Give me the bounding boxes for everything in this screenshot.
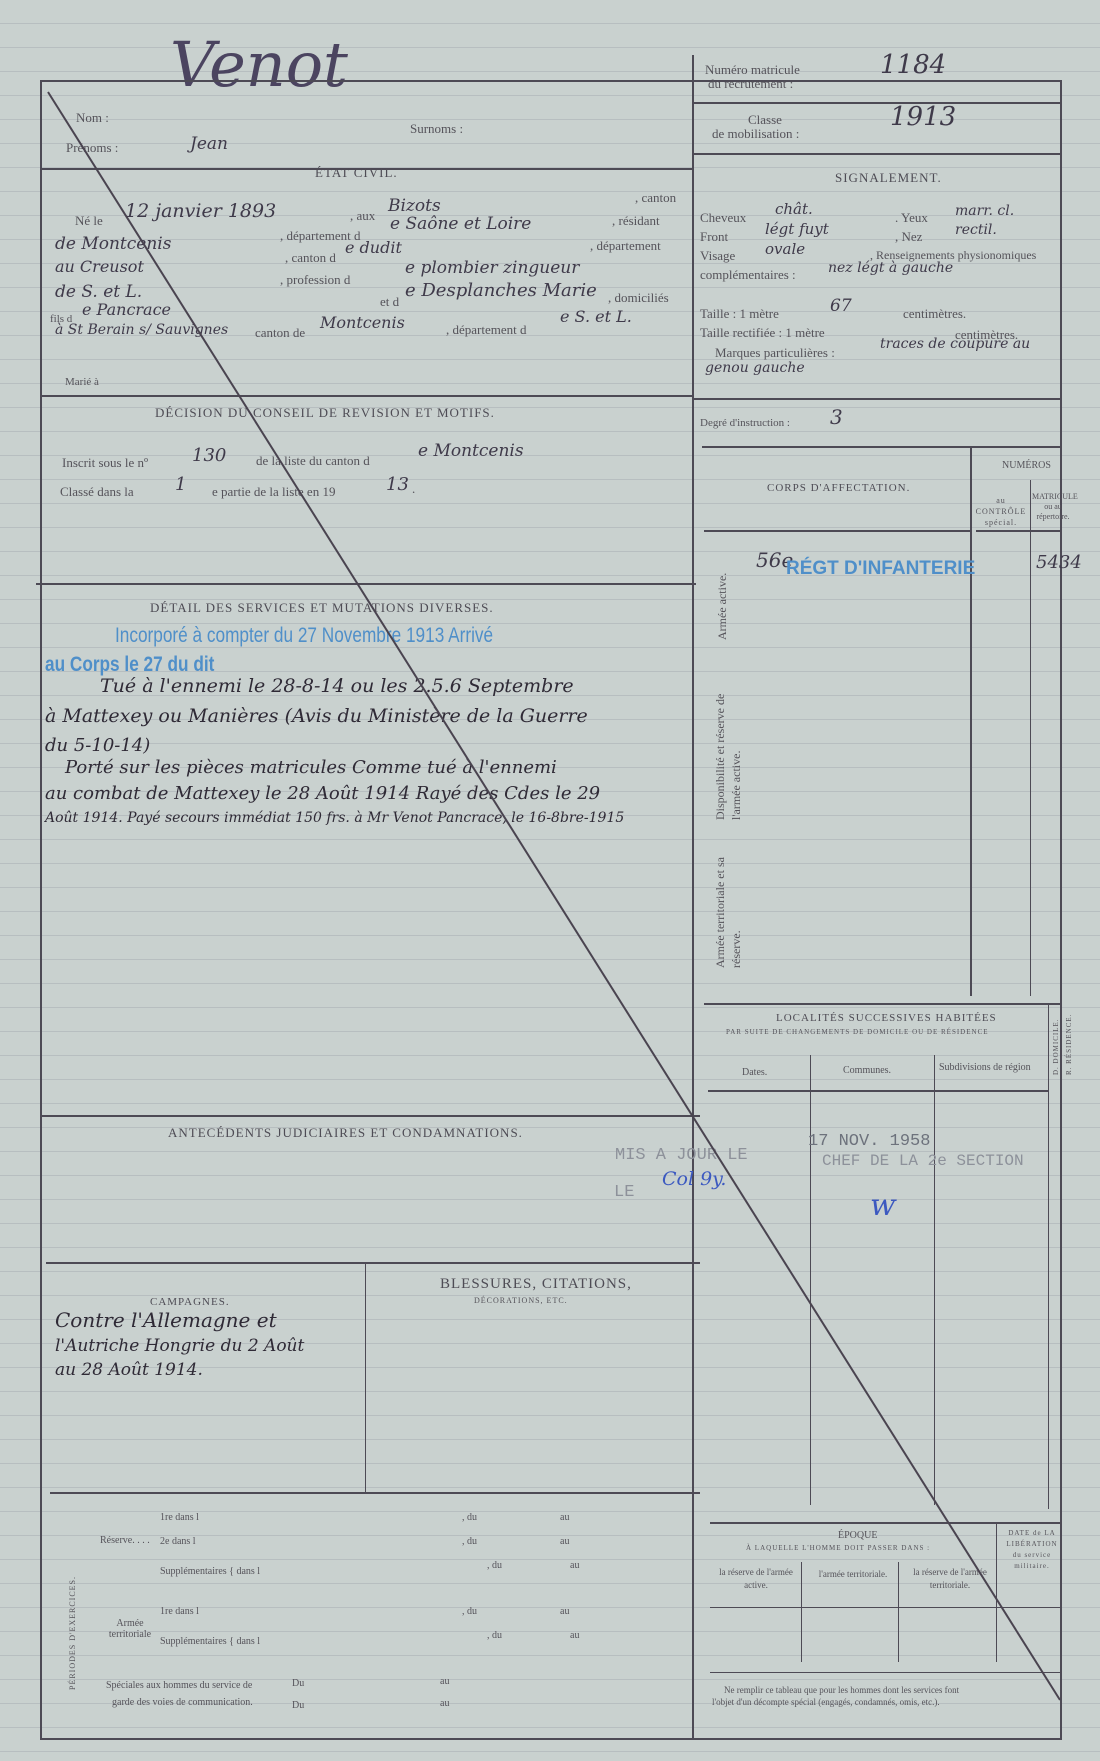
register-page: Venot Nom : Prénoms : Jean Surnoms : Num… — [0, 0, 1100, 1761]
diagonal-cancel-line — [0, 0, 1100, 1761]
